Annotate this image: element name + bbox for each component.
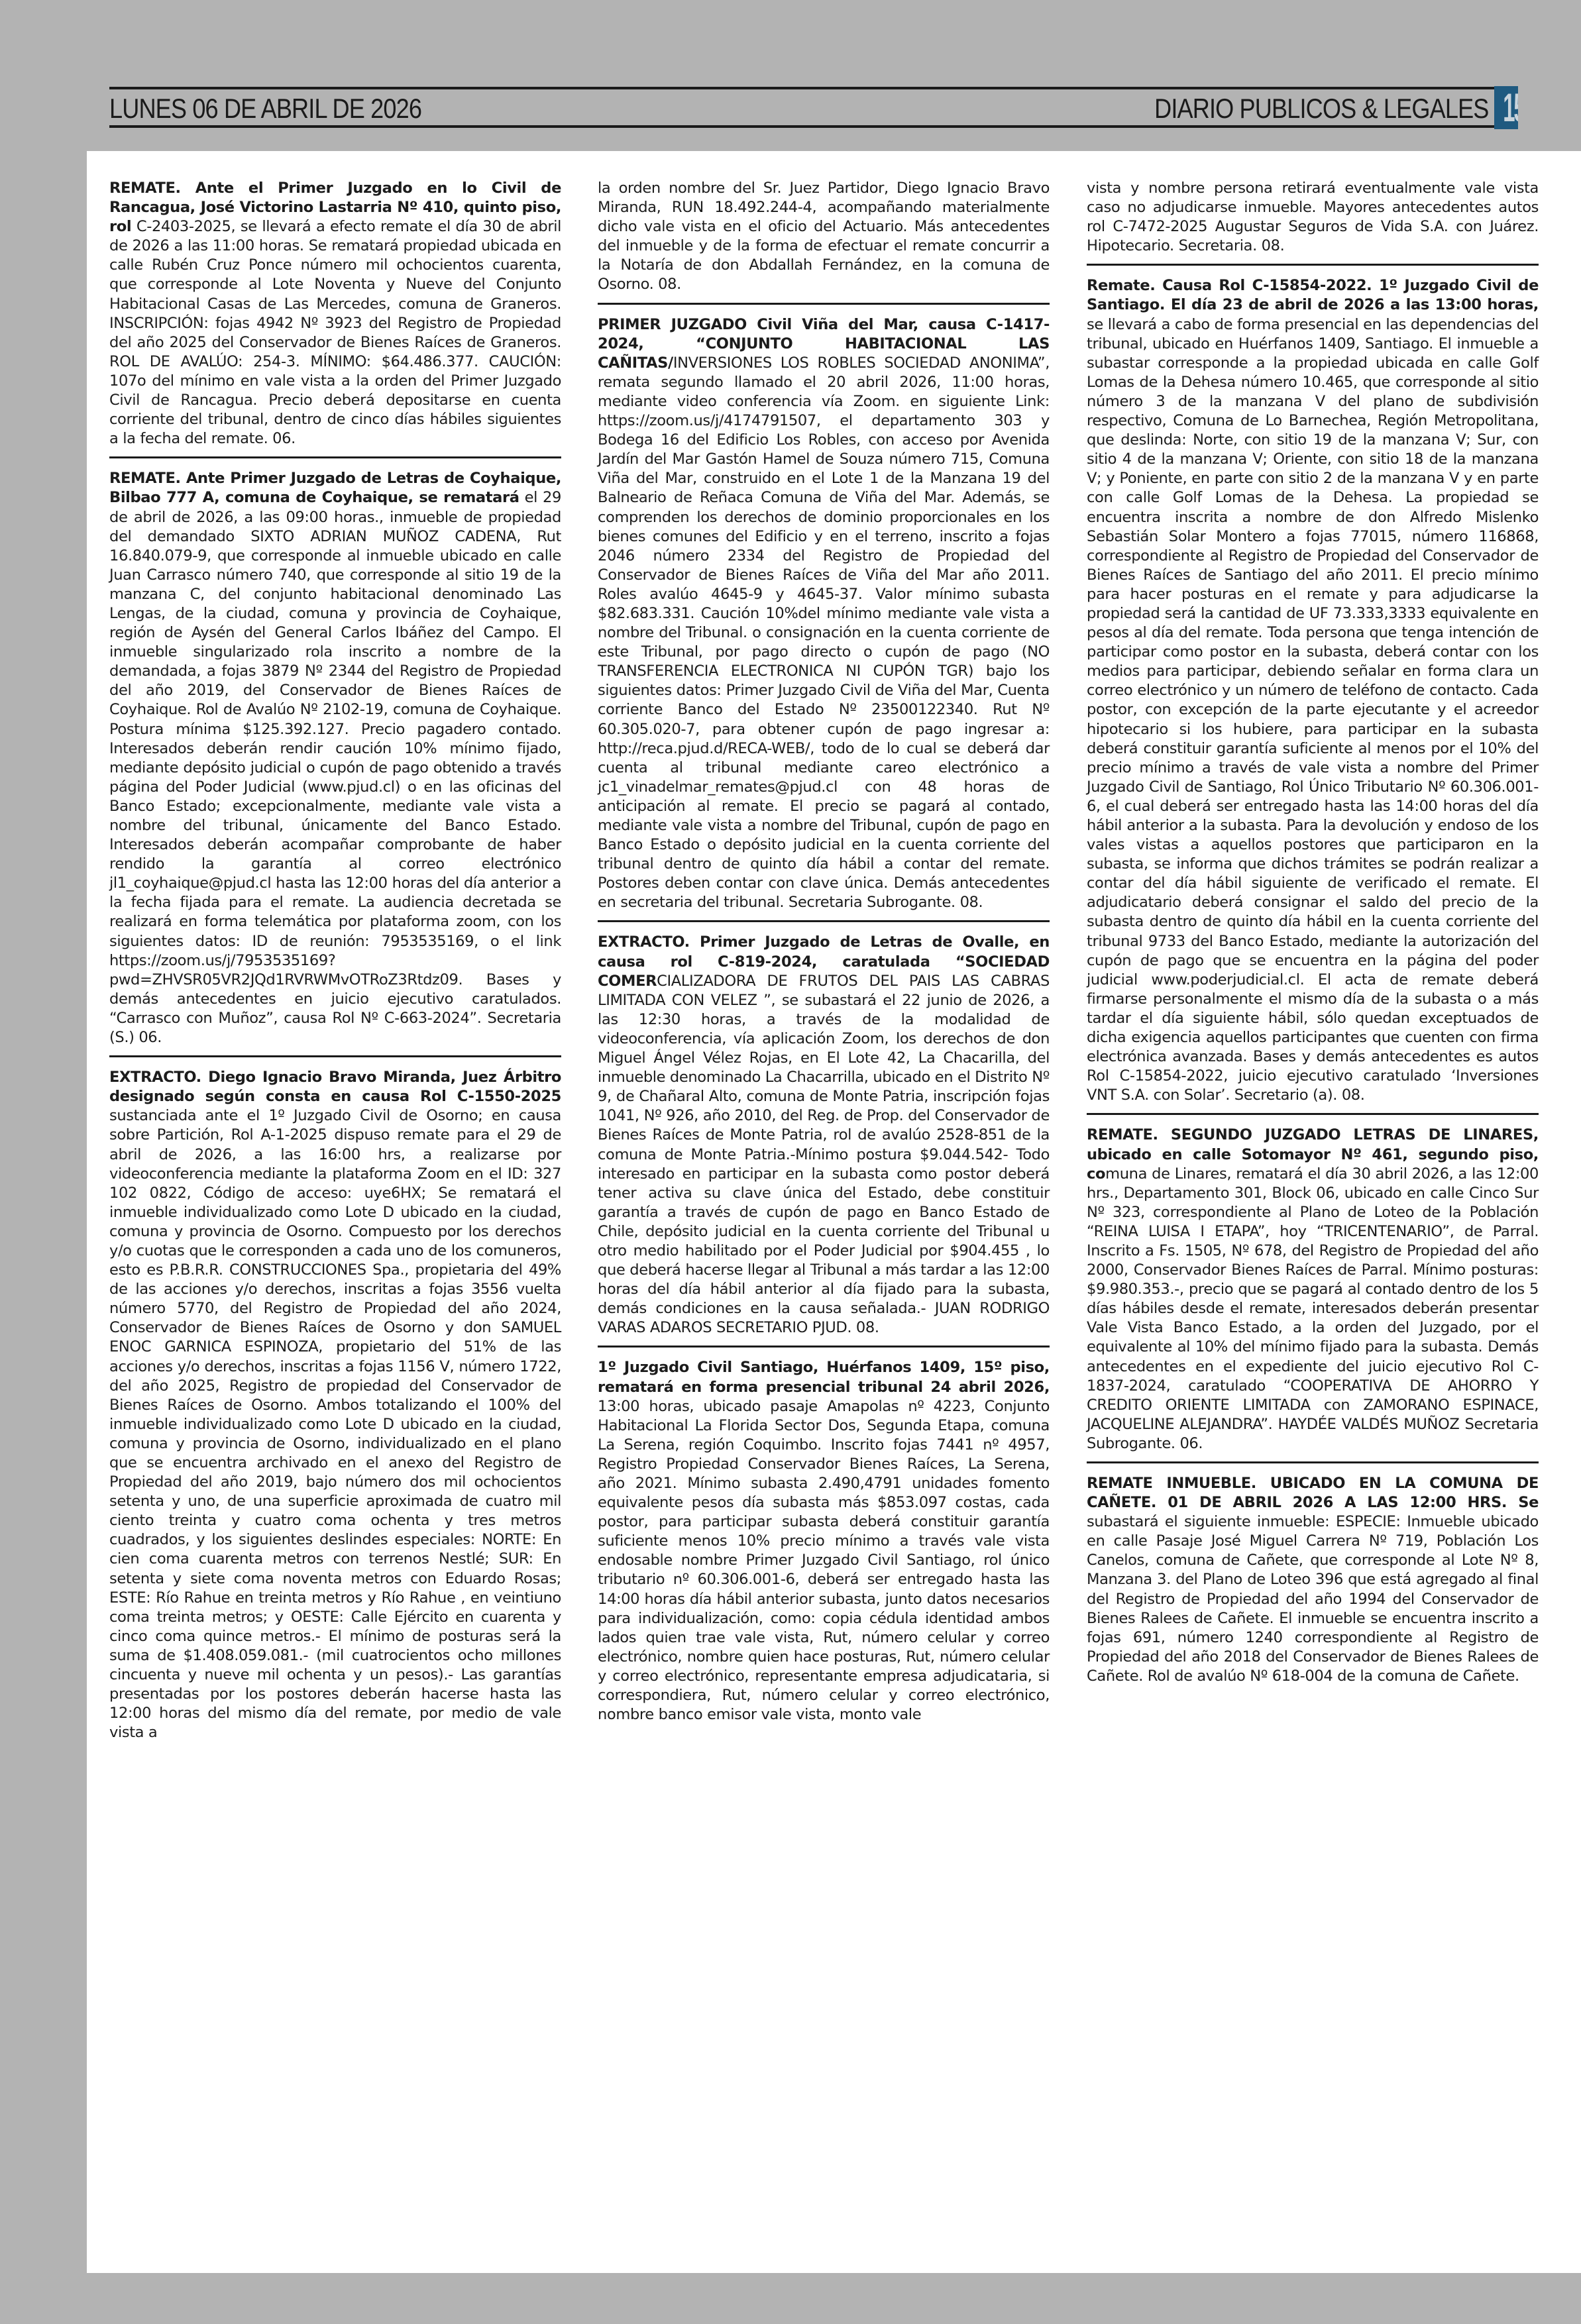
notice-body: INVERSIONES LOS ROBLES SOCIEDAD ANONIMA”… — [598, 354, 1050, 912]
notice-divider — [598, 1346, 1050, 1347]
notice-divider — [598, 303, 1050, 305]
notice-divider — [1087, 264, 1539, 266]
notice-body: subastará el siguiente inmueble: ESPECIE… — [1087, 1513, 1539, 1685]
notice-divider — [1087, 1113, 1539, 1115]
column-2: la orden nombre del Sr. Juez Partidor, D… — [598, 179, 1050, 1724]
page-number-badge: 15 — [1494, 86, 1518, 129]
notice-extracto-ovalle: EXTRACTO. Primer Juzgado de Letras de Ov… — [598, 933, 1050, 1338]
notice-divider — [109, 456, 561, 458]
notice-divider — [598, 920, 1050, 922]
notice-body: CIALIZADORA DE FRUTOS DEL PAIS LAS CABRA… — [598, 973, 1050, 1337]
notice-santiago-la-serena: 1º Juzgado Civil Santiago, Huérfanos 140… — [598, 1358, 1050, 1724]
notice-body: vista y nombre persona retirará eventual… — [1087, 180, 1539, 254]
notice-body: muna de Linares, rematará el día 30 abri… — [1087, 1165, 1539, 1452]
notice-remate-linares: REMATE. SEGUNDO JUZGADO LETRAS DE LINARE… — [1087, 1126, 1539, 1453]
notice-divider — [109, 1055, 561, 1057]
notice-lead: Remate. Causa Rol C-15854-2022. 1º Juzga… — [1087, 277, 1539, 313]
notice-body: sustanciada ante el 1º Juzgado Civil de … — [109, 1107, 561, 1741]
page-header: LUNES 06 DE ABRIL DE 2026 DIARIO PUBLICO… — [109, 87, 1494, 128]
notice-lead: EXTRACTO. Diego Ignacio Bravo Miranda, J… — [109, 1069, 561, 1105]
notice-extracto-osorno-cont: la orden nombre del Sr. Juez Partidor, D… — [598, 179, 1050, 295]
notice-body: se llevará a cabo de forma presencial en… — [1087, 316, 1539, 1104]
column-1: REMATE. Ante el Primer Juzgado en lo Civ… — [109, 179, 561, 1742]
notice-lead: 1º Juzgado Civil Santiago, Huérfanos 140… — [598, 1359, 1050, 1395]
notice-divider — [1087, 1461, 1539, 1463]
notice-extracto-osorno: EXTRACTO. Diego Ignacio Bravo Miranda, J… — [109, 1068, 561, 1742]
notice-body: el 29 de abril de 2026, a las 09:00 hora… — [109, 489, 561, 1046]
notice-body: 13:00 horas, ubicado pasaje Amapolas nº … — [598, 1398, 1050, 1724]
notice-remate-rancagua: REMATE. Ante el Primer Juzgado en lo Civ… — [109, 179, 561, 449]
issue-date: LUNES 06 DE ABRIL DE 2026 — [109, 93, 421, 125]
notice-remate-coyhaique: REMATE. Ante Primer Juzgado de Letras de… — [109, 469, 561, 1047]
notice-remate-lo-barnechea: Remate. Causa Rol C-15854-2022. 1º Juzga… — [1087, 276, 1539, 1105]
publication-title: DIARIO PUBLICOS & LEGALES — [1155, 93, 1489, 125]
notice-body: la orden nombre del Sr. Juez Partidor, D… — [598, 180, 1050, 293]
notice-lead: REMATE INMUEBLE. UBICADO EN LA COMUNA DE… — [1087, 1475, 1539, 1511]
column-3: vista y nombre persona retirará eventual… — [1087, 179, 1539, 1686]
page-number: 15 — [1503, 86, 1518, 129]
notice-remate-canete: REMATE INMUEBLE. UBICADO EN LA COMUNA DE… — [1087, 1474, 1539, 1686]
notice-lead: REMATE. Ante Primer Juzgado de Letras de… — [109, 470, 561, 506]
notice-santiago-la-serena-cont: vista y nombre persona retirará eventual… — [1087, 179, 1539, 256]
notice-vina-del-mar: PRIMER JUZGADO Civil Viña del Mar, causa… — [598, 315, 1050, 913]
notice-body: C-2403-2025, se llevará a efecto remate … — [109, 218, 561, 447]
